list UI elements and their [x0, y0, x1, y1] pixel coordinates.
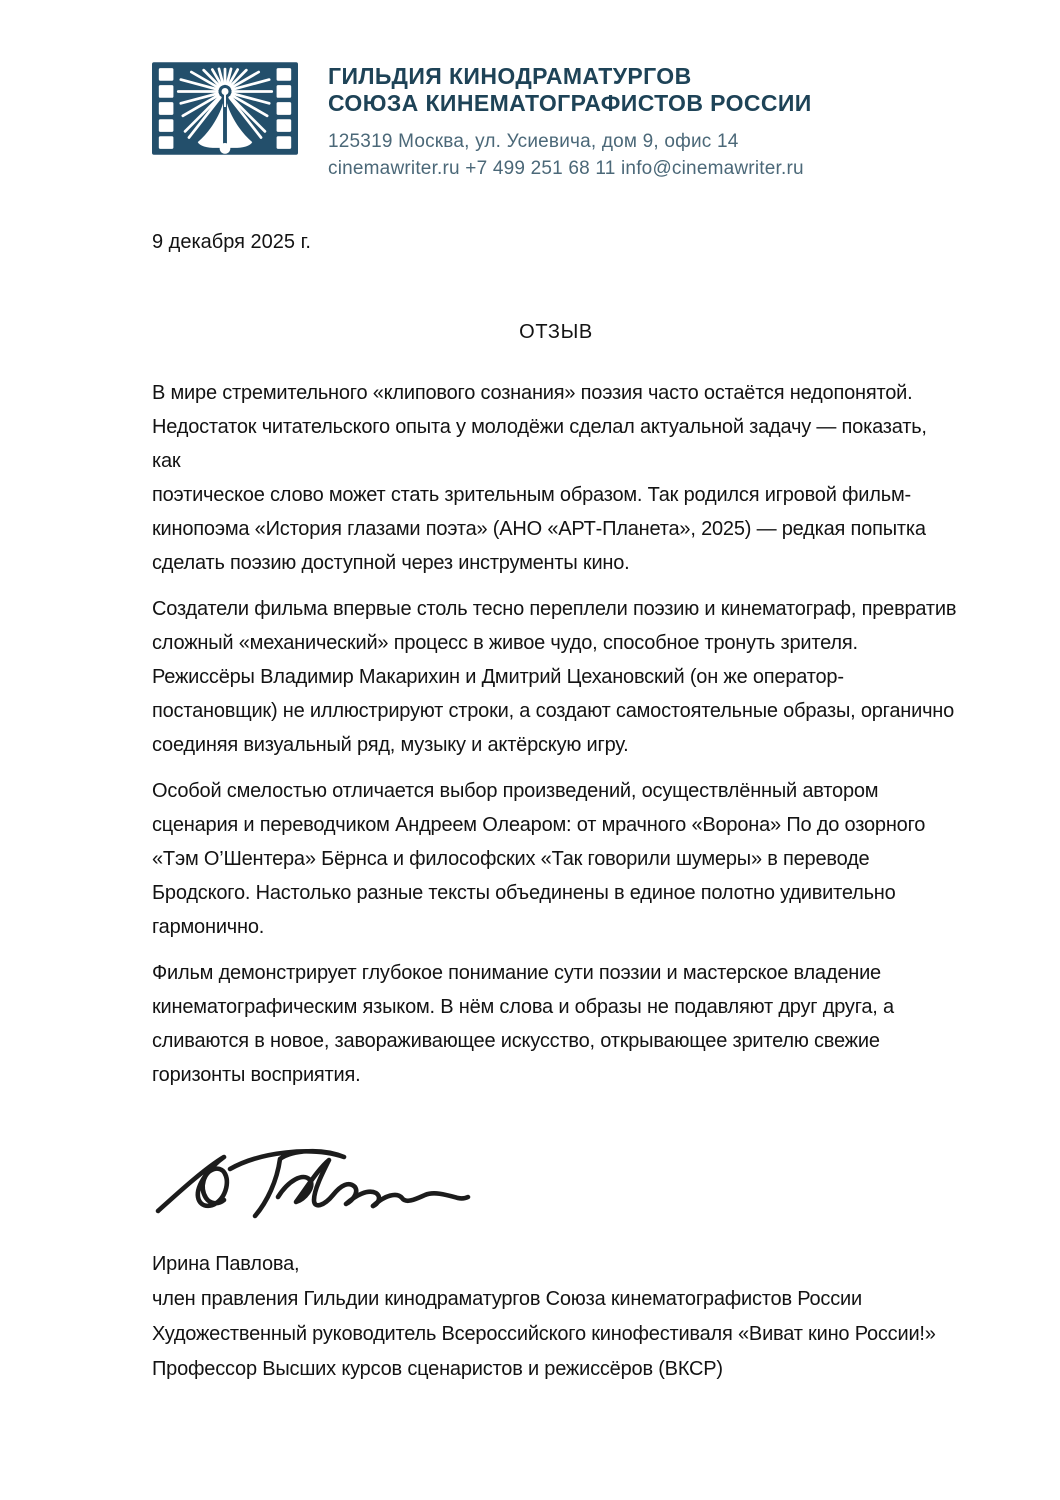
org-name-line2: СОЮЗА КИНЕМАТОГРАФИСТОВ РОССИИ: [328, 90, 812, 117]
org-address: 125319 Москва, ул. Усиевича, дом 9, офис…: [328, 128, 812, 155]
org-name: ГИЛЬДИЯ КИНОДРАМАТУРГОВ СОЮЗА КИНЕМАТОГР…: [328, 63, 812, 117]
org-name-line1: ГИЛЬДИЯ КИНОДРАМАТУРГОВ: [328, 63, 812, 90]
signoff-block: Ирина Павлова, член правления Гильдии ки…: [152, 1247, 960, 1387]
letterhead: ГИЛЬДИЯ КИНОДРАМАТУРГОВ СОЮЗА КИНЕМАТОГР…: [152, 62, 960, 182]
signer-role-3: Профессор Высших курсов сценаристов и ре…: [152, 1352, 960, 1387]
org-phone-email: cinemawriter.ru +7 499 251 68 11 info@ci…: [328, 155, 812, 182]
paragraph-4: Фильм демонстрирует глубокое понимание с…: [152, 956, 960, 1092]
signer-role-1: член правления Гильдии кинодраматургов С…: [152, 1282, 960, 1317]
paragraph-1: В мире стремительного «клипового сознани…: [152, 376, 960, 580]
signature-block: [152, 1137, 960, 1237]
letterhead-text: ГИЛЬДИЯ КИНОДРАМАТУРГОВ СОЮЗА КИНЕМАТОГР…: [328, 62, 812, 182]
signer-role-2: Художественный руководитель Всероссийско…: [152, 1317, 960, 1352]
paragraph-2: Создатели фильма впервые столь тесно пер…: [152, 592, 960, 762]
guild-logo-icon: [152, 62, 298, 155]
letter-date: 9 декабря 2025 г.: [152, 231, 960, 254]
handwritten-signature: [152, 1137, 472, 1237]
org-contacts: 125319 Москва, ул. Усиевича, дом 9, офис…: [328, 128, 812, 182]
document-title: ОТЗЫВ: [152, 320, 960, 344]
signer-name: Ирина Павлова,: [152, 1247, 960, 1282]
letter-page: ГИЛЬДИЯ КИНОДРАМАТУРГОВ СОЮЗА КИНЕМАТОГР…: [0, 0, 1060, 1500]
paragraph-3: Особой смелостью отличается выбор произв…: [152, 774, 960, 944]
